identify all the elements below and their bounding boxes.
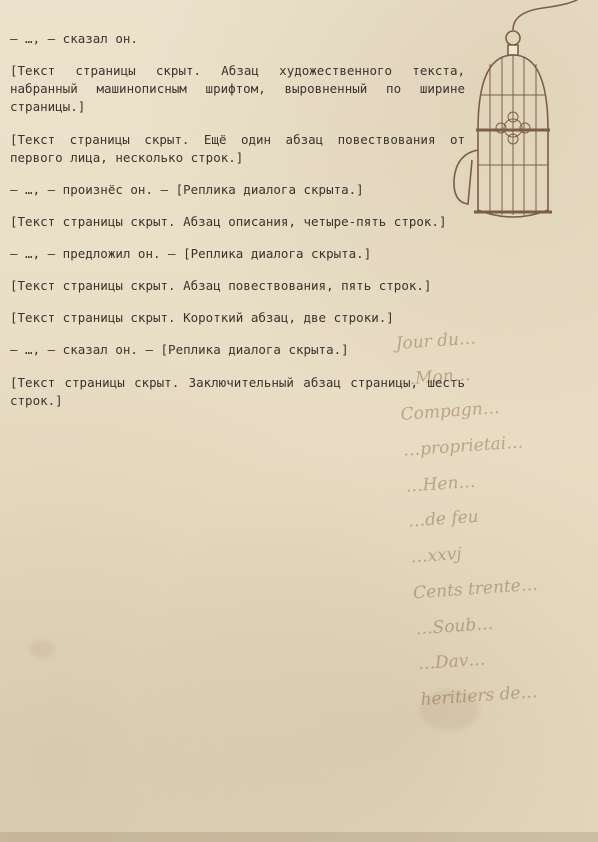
paragraph: — …, — произнёс он. — [Реплика диалога с… — [10, 181, 465, 199]
paragraph: [Текст страницы скрыт. Заключительный аб… — [10, 374, 465, 410]
paragraph: [Текст страницы скрыт. Абзац описания, ч… — [10, 213, 465, 231]
page-text: — …, — сказал он.[Текст страницы скрыт. … — [10, 30, 465, 424]
paragraph: — …, — сказал он. — [Реплика диалога скр… — [10, 341, 465, 359]
paragraph: [Текст страницы скрыт. Абзац художествен… — [10, 62, 465, 116]
paragraph: — …, — сказал он. — [10, 30, 465, 48]
paragraph: [Текст страницы скрыт. Абзац повествован… — [10, 277, 465, 295]
paper-stain — [420, 690, 480, 730]
paragraph: [Текст страницы скрыт. Короткий абзац, д… — [10, 309, 465, 327]
paper-stain — [30, 640, 54, 658]
birdcage-illustration — [438, 0, 588, 250]
paragraph: — …, — предложил он. — [Реплика диалога … — [10, 245, 465, 263]
footer-band — [0, 832, 598, 842]
paragraph: [Текст страницы скрыт. Ещё один абзац по… — [10, 131, 465, 167]
